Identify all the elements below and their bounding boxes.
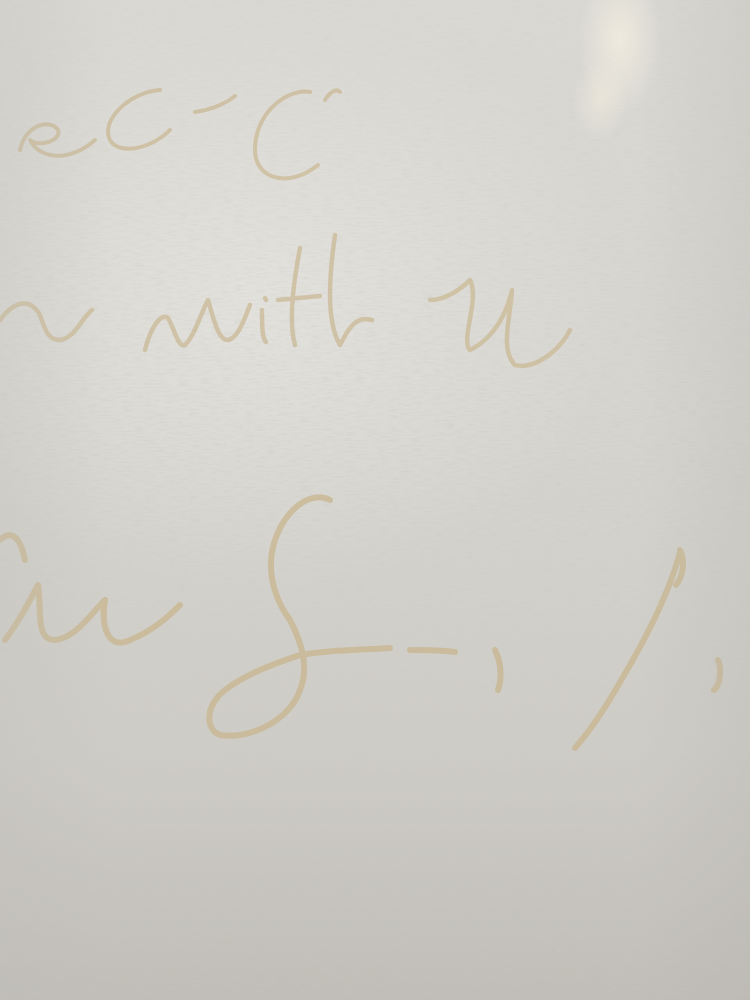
photo-vignette — [0, 0, 750, 1000]
wallpaper-photo: Close-up of textured wallpaper with fain… — [0, 0, 750, 1000]
